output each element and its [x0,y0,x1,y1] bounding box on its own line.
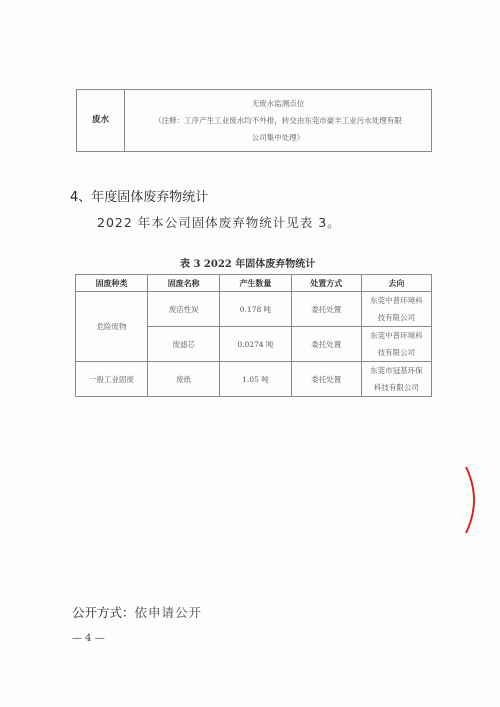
quantity-cell: 0.0274 吨 [220,327,291,362]
category-cell: 危险废物 [76,292,148,362]
disposal-cell: 委托处置 [291,327,361,362]
col-header: 固废种类 [76,275,148,292]
disclosure-line: 公开方式：依申请公开 [72,603,202,621]
disclosure-label: 公开方式： [72,605,135,620]
destination-line: 东莞中普环境科 [362,327,431,344]
section-paragraph: 2022 年本公司固体废弃物统计见表 3。 [97,213,341,231]
table-caption: 表 3 2022 年固体废弃物统计 [180,255,315,270]
quantity-cell: 0.178 吨 [220,292,291,327]
destination-cell: 东莞市冠基环保 科技有限公司 [361,362,431,397]
wastewater-note: 无废水监测点位 （注释：工序产生工业废水均不外排，转交由东莞市豪丰工业污水处理有… [125,90,432,152]
destination-cell: 东莞中普环境科 技有限公司 [361,327,431,362]
name-cell: 废活性炭 [148,292,220,327]
destination-line: 技有限公司 [362,344,431,361]
wastewater-label: 废水 [77,90,125,152]
col-header: 处置方式 [291,275,361,292]
disposal-cell: 委托处置 [291,292,361,327]
col-header: 产生数量 [220,275,291,292]
table-header-row: 固废种类 固废名称 产生数量 处置方式 去向 [76,275,432,292]
note-line: 公司集中处理） [125,129,431,146]
name-cell: 废滤芯 [148,327,220,362]
name-cell: 废纸 [148,362,220,397]
destination-line: 东莞市冠基环保 [362,362,431,379]
solid-waste-table: 固废种类 固废名称 产生数量 处置方式 去向 危险废物 废活性炭 0.178 吨… [75,274,432,397]
table-row: 危险废物 废活性炭 0.178 吨 委托处置 东莞中普环境科 技有限公司 [76,292,432,327]
table-row: 一般工业固废 废纸 1.05 吨 委托处置 东莞市冠基环保 科技有限公司 [76,362,432,397]
wastewater-table: 废水 无废水监测点位 （注释：工序产生工业废水均不外排，转交由东莞市豪丰工业污水… [76,89,432,152]
note-line: （注释：工序产生工业废水均不外排，转交由东莞市豪丰工业污水处理有限 [125,112,431,129]
destination-cell: 东莞中普环境科 技有限公司 [361,292,431,327]
destination-line: 技有限公司 [362,309,431,326]
destination-line: 科技有限公司 [362,379,431,396]
destination-line: 东莞中普环境科 [362,292,431,309]
section-title: 4、年度固体废弃物统计 [70,186,208,205]
disclosure-value: 依申请公开 [135,605,203,620]
col-header: 固废名称 [148,275,220,292]
note-line: 无废水监测点位 [125,95,431,112]
red-stamp-edge-icon [462,465,482,535]
quantity-cell: 1.05 吨 [220,362,291,397]
page-number: — 4 — [72,633,105,644]
col-header: 去向 [361,275,431,292]
category-cell: 一般工业固废 [76,362,148,397]
disposal-cell: 委托处置 [291,362,361,397]
